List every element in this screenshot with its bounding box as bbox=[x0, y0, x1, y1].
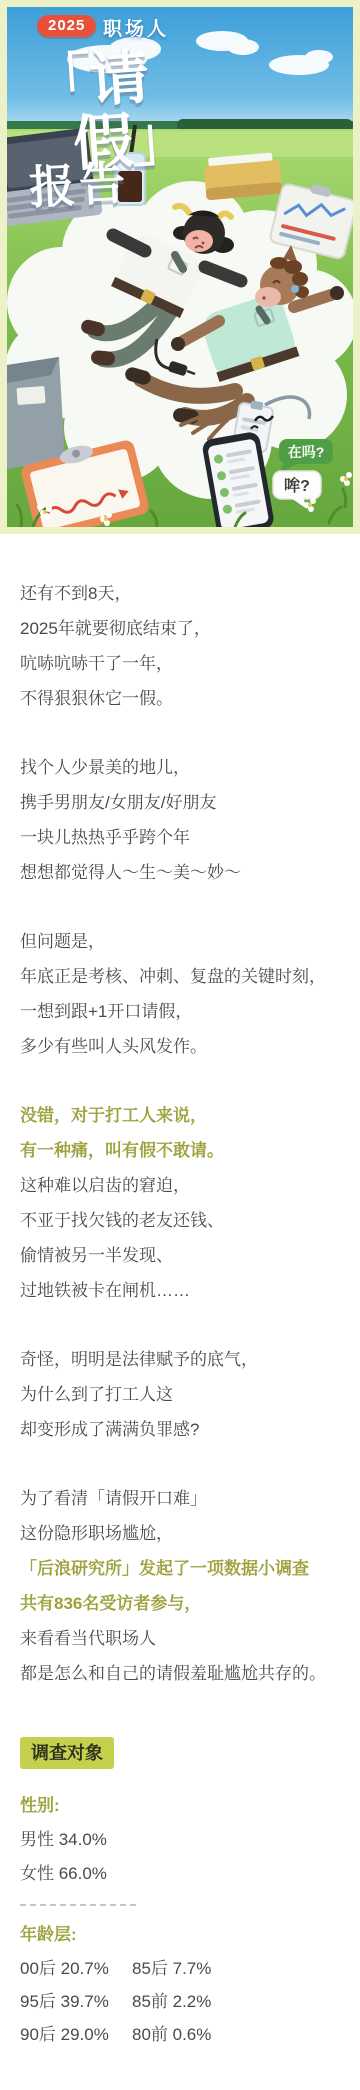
article-line: 偷情被另一半发现、 bbox=[20, 1238, 340, 1273]
survey-badge: 调查对象 bbox=[20, 1737, 114, 1769]
gender-stat-line: 女性 66.0% bbox=[20, 1857, 340, 1891]
article-line: 多少有些叫人头风发作。 bbox=[20, 1029, 340, 1064]
article-line: 但问题是， bbox=[20, 924, 340, 959]
file-box-icon bbox=[7, 357, 65, 469]
gender-stats: 男性 34.0%女性 66.0% bbox=[20, 1823, 340, 1891]
article-line: 「后浪研究所」发起了一项数据小调查 bbox=[20, 1551, 340, 1586]
paragraph: 还有不到8天，2025年就要彻底结束了，吭哧吭哧干了一年，不得狠狠休它一假。 bbox=[20, 576, 340, 716]
article-line: 想想都觉得人～生～美～妙～ bbox=[20, 855, 340, 890]
hero-illustration: 在吗? 哞? bbox=[0, 0, 360, 534]
age-stat-cell: 85后 7.7% bbox=[132, 1952, 211, 1985]
bubble-green-text: 在吗? bbox=[288, 444, 325, 460]
report-page: 在吗? 哞? bbox=[0, 0, 360, 2090]
article-line: 共有836名受访者参与， bbox=[20, 1586, 340, 1621]
article-line: 没错，对于打工人来说， bbox=[20, 1098, 340, 1133]
article-line: 不得狠狠休它一假。 bbox=[20, 681, 340, 716]
age-stat-cell: 80前 0.6% bbox=[132, 2018, 211, 2051]
paragraph: 没错，对于打工人来说，有一种痛，叫有假不敢请。这种难以启齿的窘迫，不亚于找欠钱的… bbox=[20, 1098, 340, 1308]
age-row: 00后 20.7%85后 7.7% bbox=[20, 1952, 340, 1985]
gender-label: 性别: bbox=[20, 1789, 340, 1823]
article-line: 都是怎么和自己的请假羞耻尴尬共存的。 bbox=[20, 1656, 340, 1691]
age-stat-cell: 85前 2.2% bbox=[132, 1985, 211, 2018]
age-label: 年龄层: bbox=[20, 1918, 340, 1952]
hero-scene: 在吗? 哞? bbox=[7, 7, 353, 527]
article-line: 找个人少景美的地儿， bbox=[20, 750, 340, 785]
age-stat-cell: 90后 29.0% bbox=[20, 2018, 132, 2051]
article: 还有不到8天，2025年就要彻底结束了，吭哧吭哧干了一年，不得狠狠休它一假。找个… bbox=[0, 534, 360, 1691]
article-line: 却变形成了满满负罪感? bbox=[20, 1412, 340, 1447]
survey-section: 调查对象 性别: 男性 34.0%女性 66.0% 年龄层: 00后 20.7%… bbox=[0, 1725, 360, 2051]
age-row: 90后 29.0%80前 0.6% bbox=[20, 2018, 340, 2051]
laptop-icon bbox=[7, 127, 103, 227]
article-line: 过地铁被卡在闸机…… bbox=[20, 1273, 340, 1308]
age-stat-cell: 95后 39.7% bbox=[20, 1985, 132, 2018]
article-line: 来看看当代职场人 bbox=[20, 1621, 340, 1656]
article-line: 还有不到8天， bbox=[20, 576, 340, 611]
article-line: 2025年就要彻底结束了， bbox=[20, 611, 340, 646]
article-line: 一想到跟+1开口请假， bbox=[20, 994, 340, 1029]
article-line: 年底正是考核、冲刺、复盘的关键时刻， bbox=[20, 959, 340, 994]
dashed-divider bbox=[20, 1904, 136, 1906]
age-stat-cell: 00后 20.7% bbox=[20, 1952, 132, 1985]
paragraph: 奇怪，明明是法律赋予的底气，为什么到了打工人这却变形成了满满负罪感? bbox=[20, 1342, 340, 1447]
article-line: 这份隐形职场尴尬， bbox=[20, 1516, 340, 1551]
bubble-white-text: 哞? bbox=[284, 476, 310, 495]
paragraph: 但问题是，年底正是考核、冲刺、复盘的关键时刻，一想到跟+1开口请假，多少有些叫人… bbox=[20, 924, 340, 1064]
article-line: 为了看清「请假开口难」 bbox=[20, 1481, 340, 1516]
article-line: 为什么到了打工人这 bbox=[20, 1377, 340, 1412]
gender-stat-line: 男性 34.0% bbox=[20, 1823, 340, 1857]
paper-tray-icon bbox=[203, 152, 282, 200]
paragraph: 为了看清「请假开口难」这份隐形职场尴尬，「后浪研究所」发起了一项数据小调查共有8… bbox=[20, 1481, 340, 1691]
article-line: 奇怪，明明是法律赋予的底气， bbox=[20, 1342, 340, 1377]
article-line: 这种难以启齿的窘迫， bbox=[20, 1168, 340, 1203]
article-line: 吭哧吭哧干了一年， bbox=[20, 646, 340, 681]
article-line: 携手男朋友/女朋友/好朋友 bbox=[20, 785, 340, 820]
paragraph: 找个人少景美的地儿，携手男朋友/女朋友/好朋友一块儿热热乎乎跨个年想想都觉得人～… bbox=[20, 750, 340, 890]
age-stats: 00后 20.7%85后 7.7%95后 39.7%85前 2.2%90后 29… bbox=[20, 1952, 340, 2051]
article-line: 有一种痛，叫有假不敢请。 bbox=[20, 1133, 340, 1168]
article-line: 不亚于找欠钱的老友还钱、 bbox=[20, 1203, 340, 1238]
article-line: 一块儿热热乎乎跨个年 bbox=[20, 820, 340, 855]
age-row: 95后 39.7%85前 2.2% bbox=[20, 1985, 340, 2018]
